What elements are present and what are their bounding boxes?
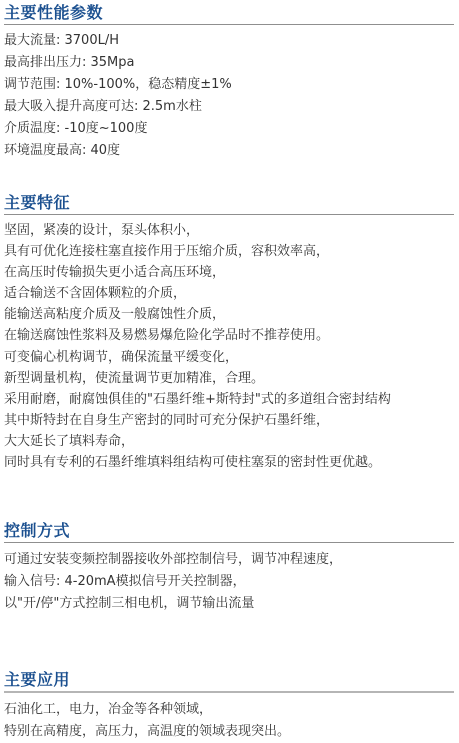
param-list: 最大流量: 3700L/H 最高排出压力: 35Mpa 调节范围: 10%-10… — [4, 30, 454, 162]
application-list: 石油化工，电力，冶金等各种领域， 特别在高精度，高压力，高温度的领域表现突出。 — [4, 699, 454, 743]
list-item: 采用耐磨，耐腐蚀俱佳的"石墨纤维+斯特封"式的多道组合密封结构 — [4, 389, 454, 410]
list-item: 石油化工，电力，冶金等各种领域， — [4, 699, 454, 721]
list-item: 其中斯特封在自身生产密封的同时可充分保护石墨纤维， — [4, 410, 454, 431]
section-performance-params: 主要性能参数 最大流量: 3700L/H 最高排出压力: 35Mpa 调节范围:… — [4, 2, 454, 162]
list-item: 具有可优化连接柱塞直接作用于压缩介质，容积效率高， — [4, 241, 454, 262]
section-divider — [4, 542, 454, 543]
list-item: 最大吸入提升高度可达: 2.5m水柱 — [4, 96, 454, 118]
section-title: 控制方式 — [4, 520, 454, 542]
list-item: 新型调量机构，使流量调节更加精准，合理。 — [4, 368, 454, 389]
list-item: 可通过安装变频控制器接收外部控制信号，调节冲程速度， — [4, 549, 454, 571]
list-item: 以"开/停"方式控制三相电机，调节输出流量 — [4, 593, 454, 615]
list-item: 最高排出压力: 35Mpa — [4, 52, 454, 74]
section-divider — [4, 691, 454, 693]
list-item: 大大延长了填料寿命， — [4, 431, 454, 452]
list-item: 可变偏心机构调节，确保流量平缓变化， — [4, 347, 454, 368]
list-item: 特别在高精度，高压力，高温度的领域表现突出。 — [4, 721, 454, 743]
section-title: 主要特征 — [4, 192, 454, 214]
list-item: 在输送腐蚀性浆料及易燃易爆危险化学品时不推荐使用。 — [4, 325, 454, 346]
list-item: 最大流量: 3700L/H — [4, 30, 454, 52]
list-item: 环境温度最高: 40度 — [4, 140, 454, 162]
feature-list: 坚固，紧凑的设计，泵头体积小， 具有可优化连接柱塞直接作用于压缩介质，容积效率高… — [4, 220, 454, 473]
list-item: 坚固，紧凑的设计，泵头体积小， — [4, 220, 454, 241]
section-divider — [4, 24, 454, 25]
section-main-features: 主要特征 坚固，紧凑的设计，泵头体积小， 具有可优化连接柱塞直接作用于压缩介质，… — [4, 192, 454, 473]
list-item: 在高压时传输损失更小适合高压环境， — [4, 262, 454, 283]
list-item: 调节范围: 10%-100%，稳态精度±1% — [4, 74, 454, 96]
list-item: 能输送高粘度介质及一般腐蚀性介质， — [4, 304, 454, 325]
section-title: 主要应用 — [4, 669, 454, 691]
section-title: 主要性能参数 — [4, 2, 454, 24]
list-item: 介质温度: -10度~100度 — [4, 118, 454, 140]
list-item: 适合输送不含固体颗粒的介质， — [4, 283, 454, 304]
section-control-method: 控制方式 可通过安装变频控制器接收外部控制信号，调节冲程速度， 输入信号: 4-… — [4, 520, 454, 615]
control-list: 可通过安装变频控制器接收外部控制信号，调节冲程速度， 输入信号: 4-20mA模… — [4, 549, 454, 615]
list-item: 同时具有专利的石墨纤维填料组结构可使柱塞泵的密封性更优越。 — [4, 452, 454, 473]
section-main-applications: 主要应用 石油化工，电力，冶金等各种领域， 特别在高精度，高压力，高温度的领域表… — [4, 669, 454, 743]
list-item: 输入信号: 4-20mA模拟信号开关控制器， — [4, 571, 454, 593]
section-divider — [4, 214, 454, 215]
